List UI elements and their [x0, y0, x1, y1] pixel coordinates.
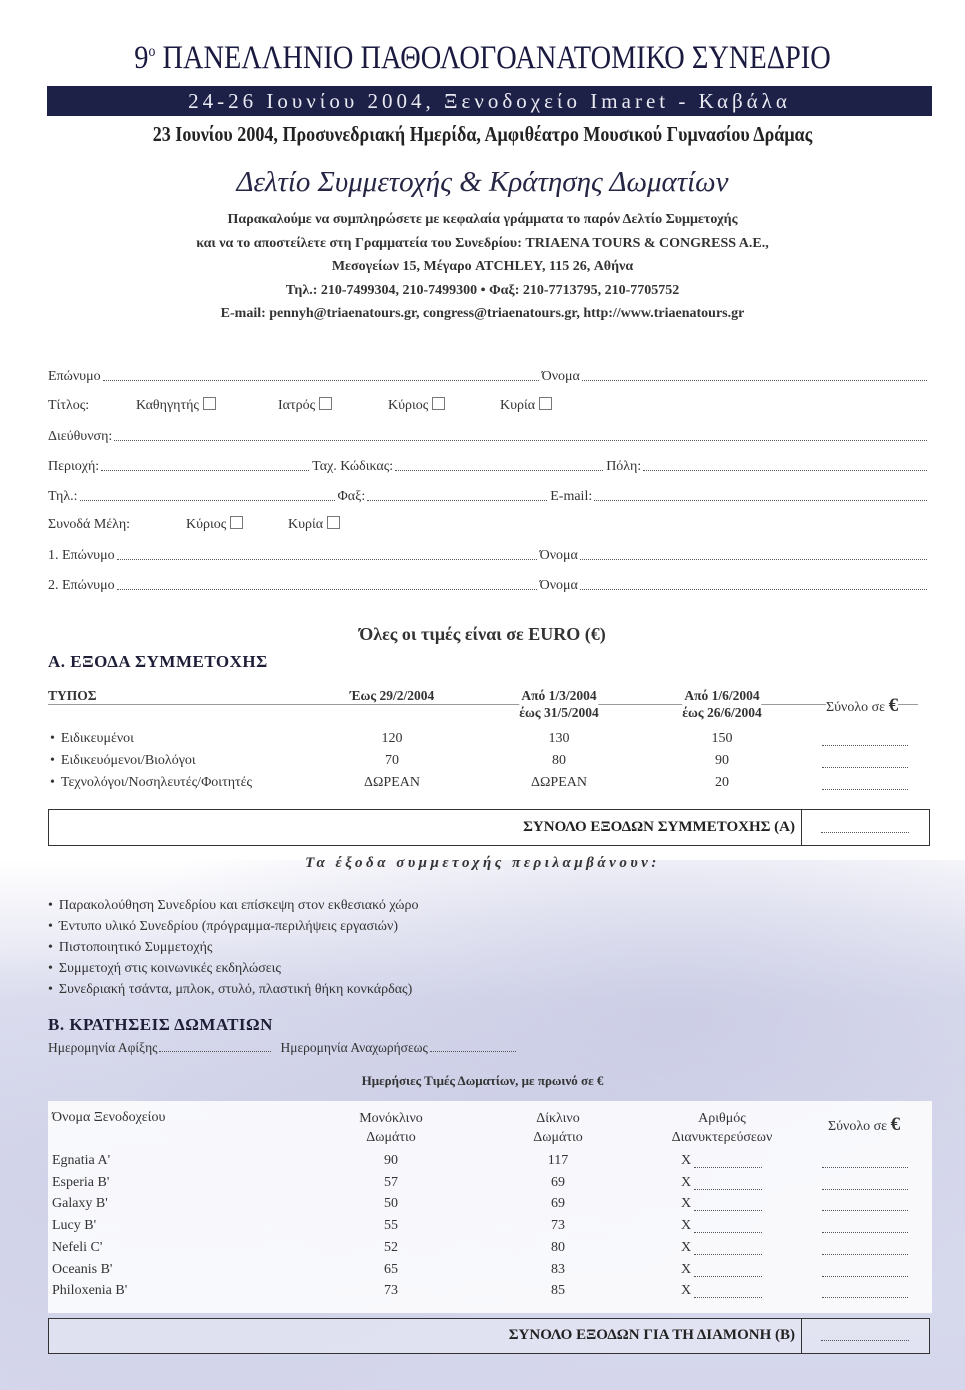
- hotel-name: Galaxy B': [52, 1196, 108, 1212]
- single-room-price: 73: [384, 1283, 398, 1299]
- accommodation-total-box: ΣΥΝΟΛΟ ΕΞΟΔΩΝ ΓΙΑ ΤΗ ΔΙΑΜΟΝΗ (Β): [48, 1318, 930, 1354]
- single-room-price: 55: [384, 1218, 398, 1234]
- col-nights: ΑριθμόςΔιανυκτερεύσεων: [672, 1109, 773, 1147]
- col-hotel-name: Όνομα Ξενοδοχείου: [52, 1109, 165, 1126]
- hotel-total-field[interactable]: [822, 1232, 908, 1233]
- nights-prefix: X: [681, 1283, 691, 1299]
- double-room-price: 80: [551, 1240, 565, 1256]
- single-room-price: 90: [384, 1153, 398, 1169]
- nights-field[interactable]: [694, 1167, 762, 1168]
- col-single: ΜονόκλινοΔωμάτιο: [359, 1109, 423, 1147]
- hotel-total-field[interactable]: [822, 1297, 908, 1298]
- double-room-price: 73: [551, 1218, 565, 1234]
- nights-prefix: X: [681, 1175, 691, 1191]
- nights-prefix: X: [681, 1196, 691, 1212]
- col-total: Σύνολο σε €: [828, 1114, 900, 1136]
- hotel-total-field[interactable]: [822, 1276, 908, 1277]
- double-room-price: 117: [548, 1153, 568, 1169]
- single-room-price: 50: [384, 1196, 398, 1212]
- nights-field[interactable]: [694, 1254, 762, 1255]
- nights-prefix: X: [681, 1218, 691, 1234]
- col-double: ΔίκλινοΔωμάτιο: [533, 1109, 582, 1147]
- double-room-price: 83: [551, 1262, 565, 1278]
- hotel-total-field[interactable]: [822, 1254, 908, 1255]
- accommodation-total-field[interactable]: [821, 1340, 909, 1341]
- hotel-name: Lucy B': [52, 1218, 96, 1234]
- hotel-rates-table: Όνομα Ξενοδοχείου ΜονόκλινοΔωμάτιο Δίκλι…: [0, 0, 965, 1320]
- single-room-price: 52: [384, 1240, 398, 1256]
- hotel-name: Oceanis B': [52, 1262, 112, 1278]
- hotel-name: Philoxenia B': [52, 1283, 127, 1299]
- double-room-price: 69: [551, 1175, 565, 1191]
- nights-prefix: X: [681, 1262, 691, 1278]
- double-room-price: 85: [551, 1283, 565, 1299]
- single-room-price: 65: [384, 1262, 398, 1278]
- double-room-price: 69: [551, 1196, 565, 1212]
- nights-prefix: X: [681, 1153, 691, 1169]
- hotel-total-field[interactable]: [822, 1210, 908, 1211]
- hotel-total-field[interactable]: [822, 1189, 908, 1190]
- nights-prefix: X: [681, 1240, 691, 1256]
- nights-field[interactable]: [694, 1189, 762, 1190]
- nights-field[interactable]: [694, 1276, 762, 1277]
- nights-field[interactable]: [694, 1210, 762, 1211]
- nights-field[interactable]: [694, 1297, 762, 1298]
- hotel-name: Egnatia A': [52, 1153, 110, 1169]
- single-room-price: 57: [384, 1175, 398, 1191]
- nights-field[interactable]: [694, 1232, 762, 1233]
- accommodation-total-label: ΣΥΝΟΛΟ ΕΞΟΔΩΝ ΓΙΑ ΤΗ ΔΙΑΜΟΝΗ (Β): [509, 1327, 795, 1344]
- hotel-name: Esperia B': [52, 1175, 109, 1191]
- hotel-total-field[interactable]: [822, 1167, 908, 1168]
- hotel-name: Nefeli C': [52, 1240, 102, 1256]
